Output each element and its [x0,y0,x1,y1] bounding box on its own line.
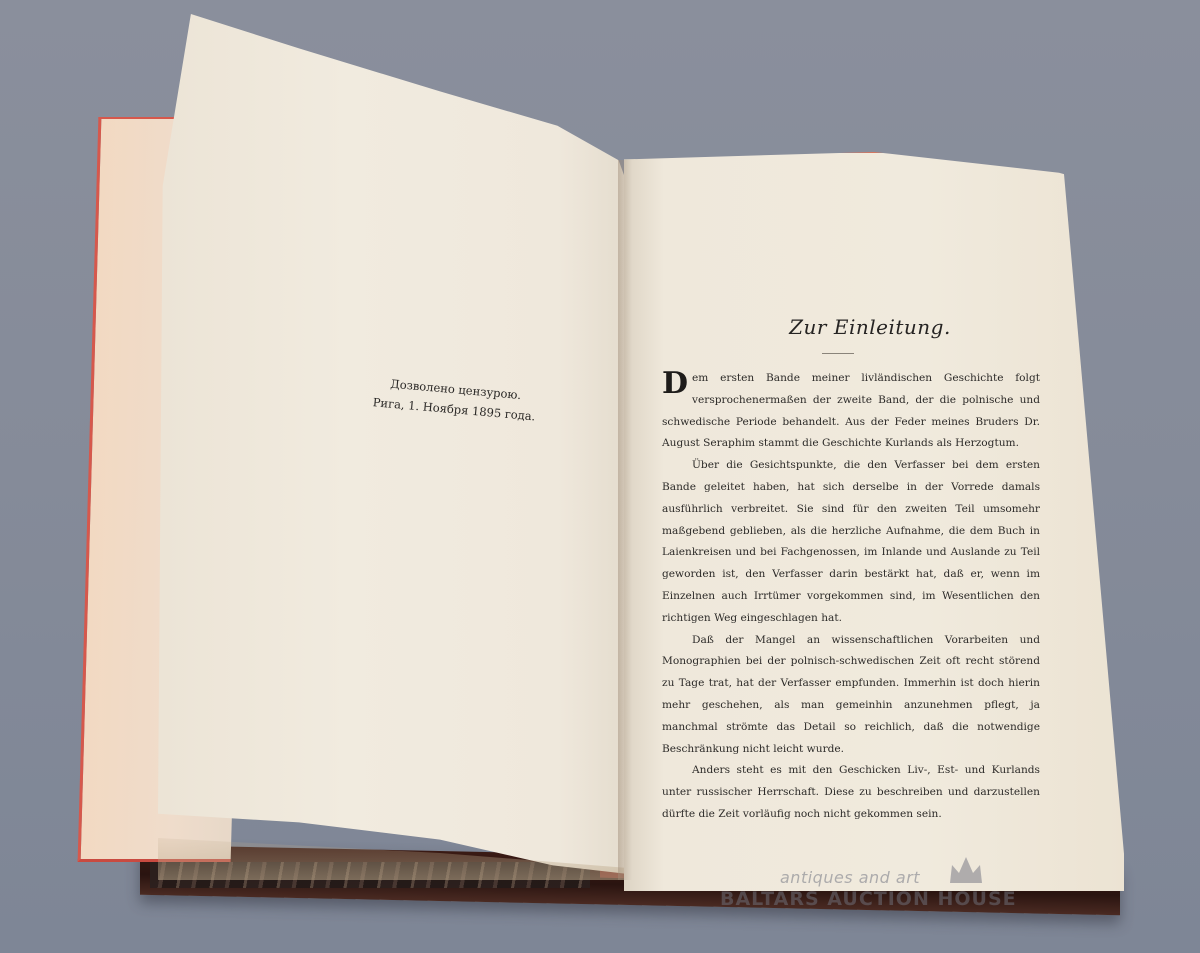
left-page [158,14,628,874]
watermark-house-name: BALTARS AUCTION HOUSE [720,888,1017,910]
drop-cap: D [662,370,688,398]
title-divider [822,353,854,354]
paragraph-2: Über die Gesichtspunkte, die den Verfass… [662,455,1040,629]
paragraph-1: Dem ersten Bande meiner livländischen Ge… [662,368,1040,455]
paragraph-4: Anders steht es mit den Geschicken Liv-,… [662,760,1040,825]
watermark-tagline: antiques and art [780,868,920,887]
book-gutter [618,160,632,880]
introduction-text: Dem ersten Bande meiner livländischen Ge… [662,368,1040,826]
paragraph-3: Daß der Mangel an wissenschaftlichen Vor… [662,630,1040,761]
crown-icon [948,855,984,885]
chapter-title: Zur Einleitung. [760,315,980,339]
